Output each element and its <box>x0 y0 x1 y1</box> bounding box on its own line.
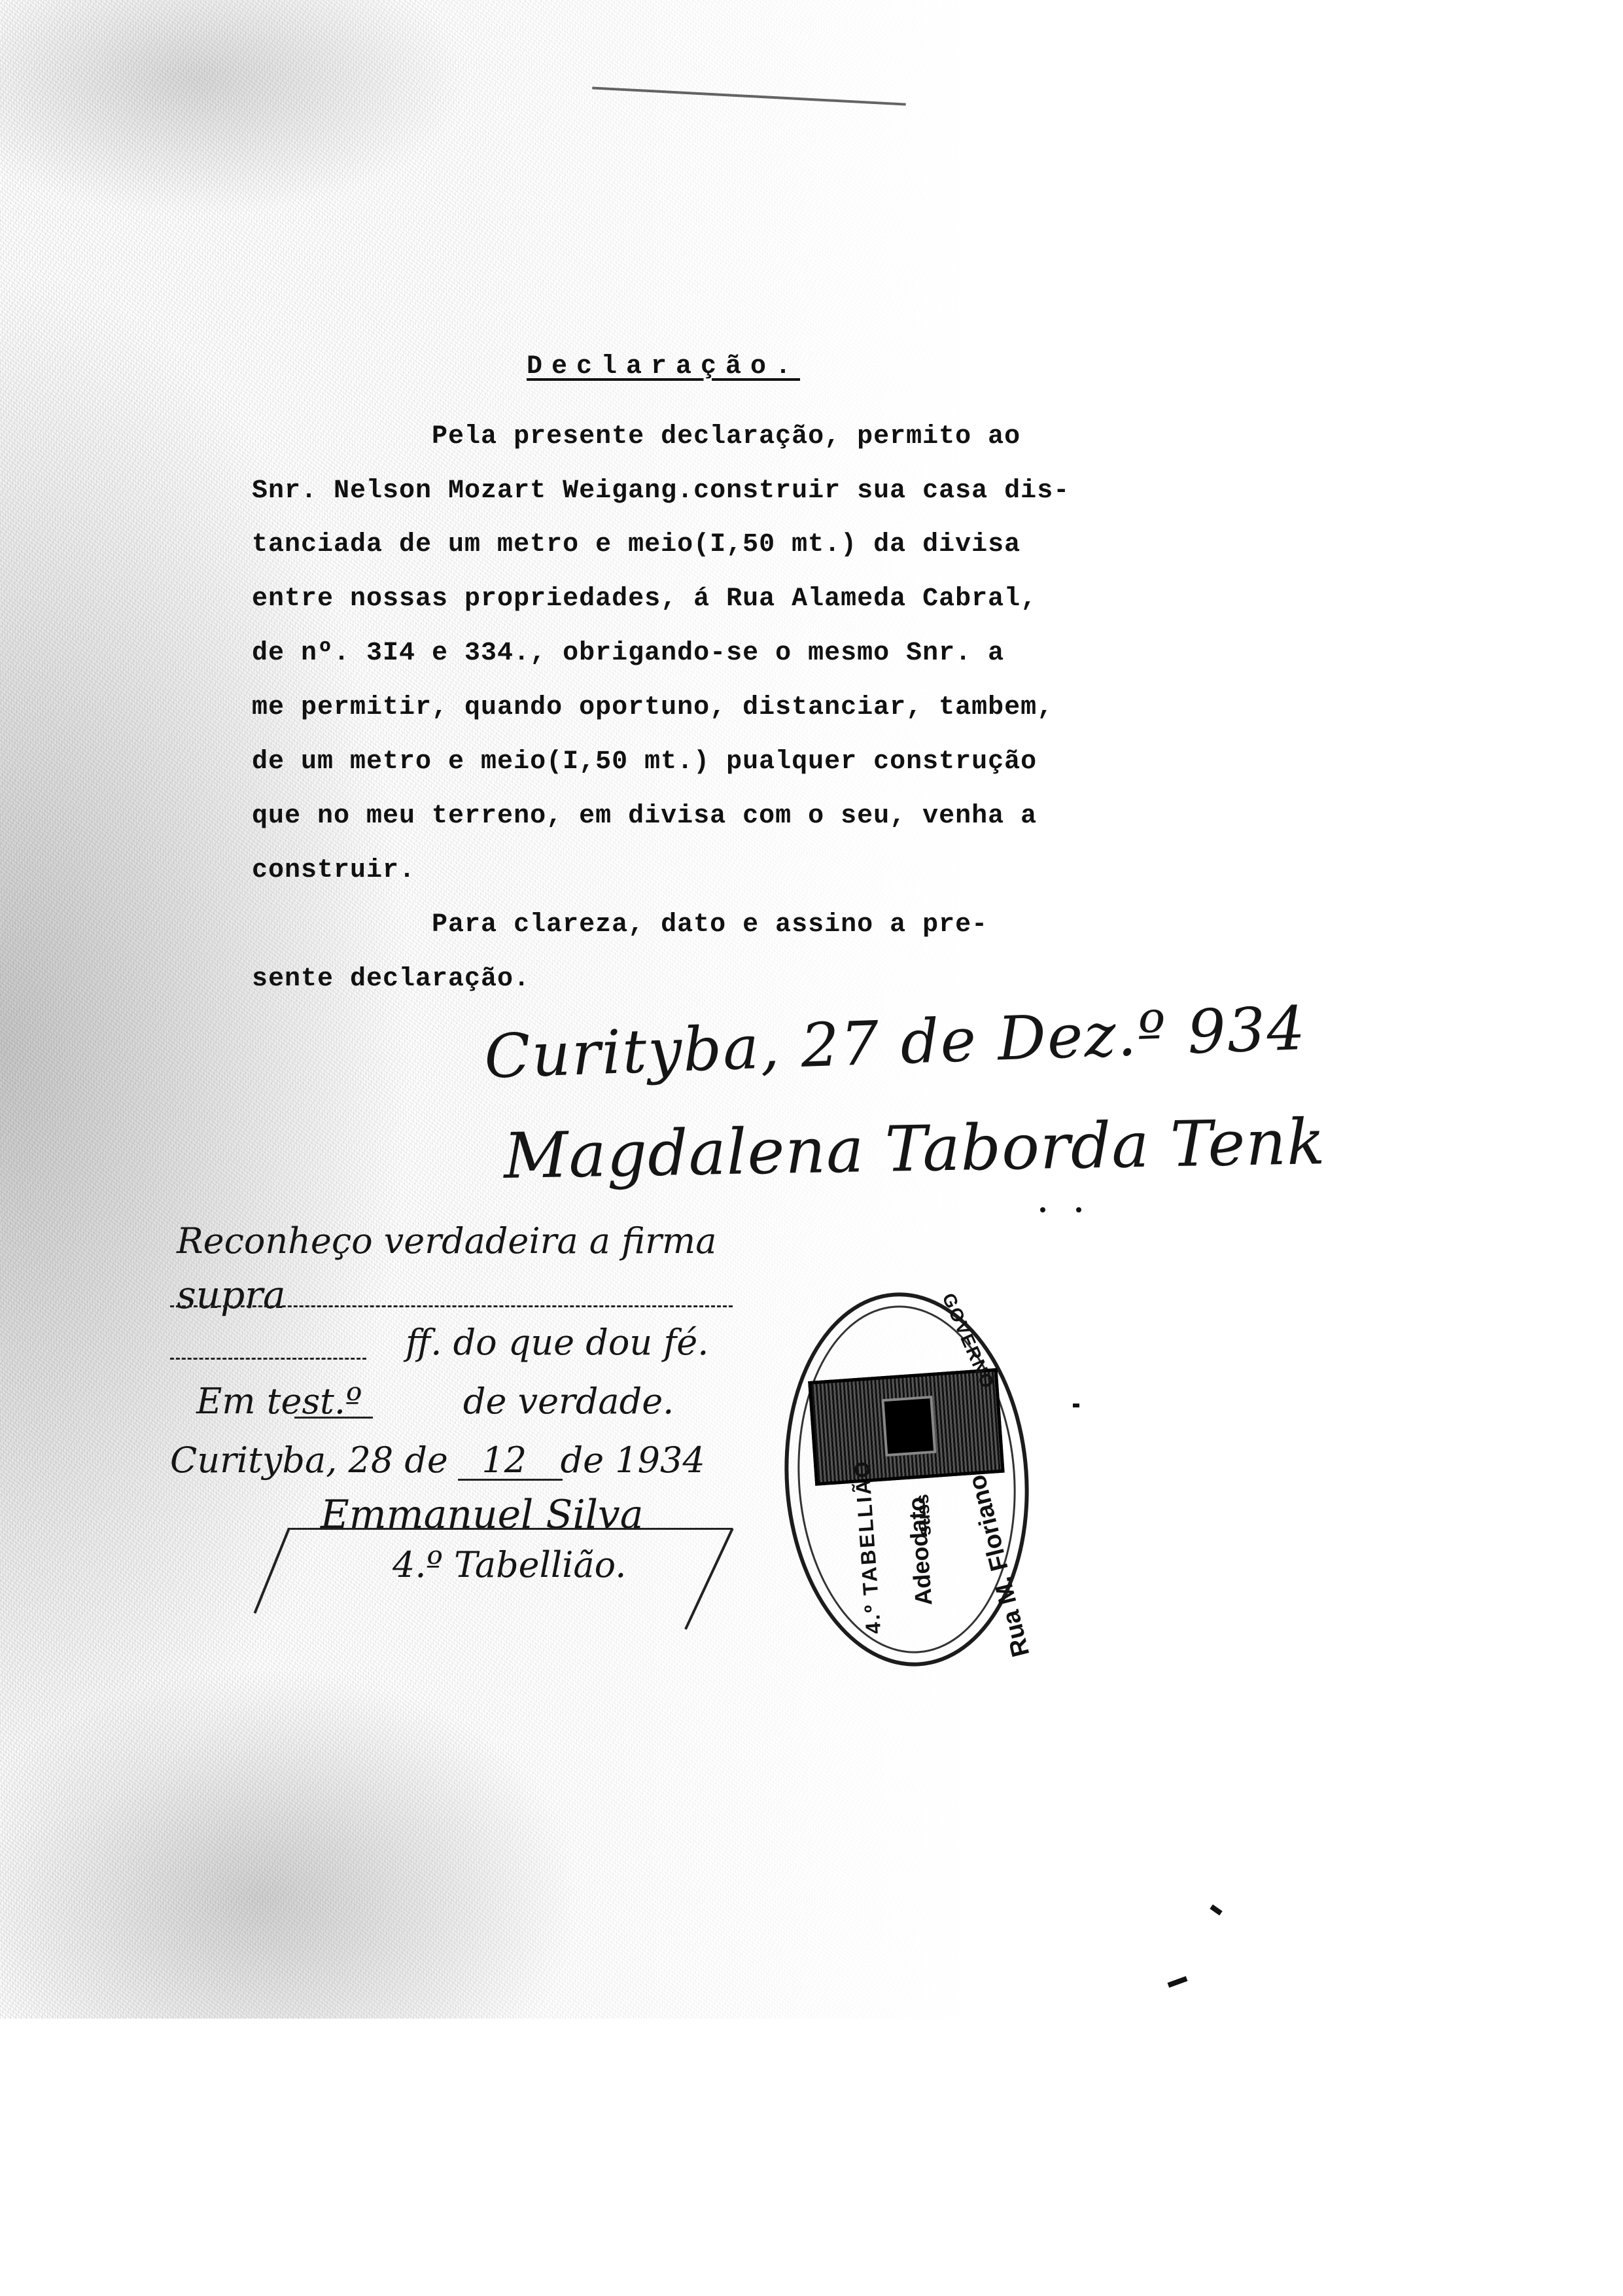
body-line: tanciada de um metro e meio(I,50 mt.) da… <box>252 530 1021 559</box>
signature-rule <box>288 1528 733 1530</box>
body-line: me permitir, quando oportuno, distanciar… <box>252 693 1053 722</box>
coat-of-arms-icon <box>881 1396 936 1457</box>
notary-line: Em test.º de verdade. <box>196 1381 674 1422</box>
ink-speck <box>1073 1404 1079 1407</box>
body-line: construir. <box>252 856 415 885</box>
body-line: que no meu terreno, em divisa com o seu,… <box>252 802 1037 831</box>
notary-line: supra <box>177 1273 286 1317</box>
dotted-rule <box>170 1358 366 1360</box>
body-line: Pela presente declaração, permito ao <box>252 422 1021 451</box>
body-line: entre nossas propriedades, á Rua Alameda… <box>252 584 1037 614</box>
body-line: Para clareza, dato e assino a pre- <box>252 910 988 940</box>
notary-title: 4.º Tabellião. <box>393 1544 626 1585</box>
scanned-page: Declaração. Pela presente declaração, pe… <box>0 0 1623 2019</box>
body-line: Snr. Nelson Mozart Weigang.construir sua… <box>252 476 1070 506</box>
body-line: de um metro e meio(I,50 mt.) pualquer co… <box>252 747 1037 777</box>
notary-signature: Emmanuel Silva <box>321 1492 644 1538</box>
document-title: Declaração. <box>527 352 800 381</box>
body-line: sente declaração. <box>252 964 530 994</box>
ink-speck <box>1076 1207 1081 1212</box>
ink-speck <box>1040 1207 1045 1212</box>
stamp-text: suss <box>912 1493 935 1536</box>
notary-line: Curityba, 28 de 12 de 1934 <box>170 1439 705 1481</box>
notary-line: Reconheço verdadeira a firma <box>177 1220 716 1262</box>
body-line: de nº. 3I4 e 334., obrigando-se o mesmo … <box>252 639 1004 668</box>
dotted-rule <box>170 1305 733 1307</box>
blank-rule <box>294 1417 373 1419</box>
signature-name: Magdalena Taborda Tenk <box>503 1105 1326 1193</box>
notary-line: ff. do que dou fé. <box>406 1322 708 1363</box>
revenue-stamp <box>808 1368 1004 1486</box>
blank-rule <box>458 1479 563 1481</box>
